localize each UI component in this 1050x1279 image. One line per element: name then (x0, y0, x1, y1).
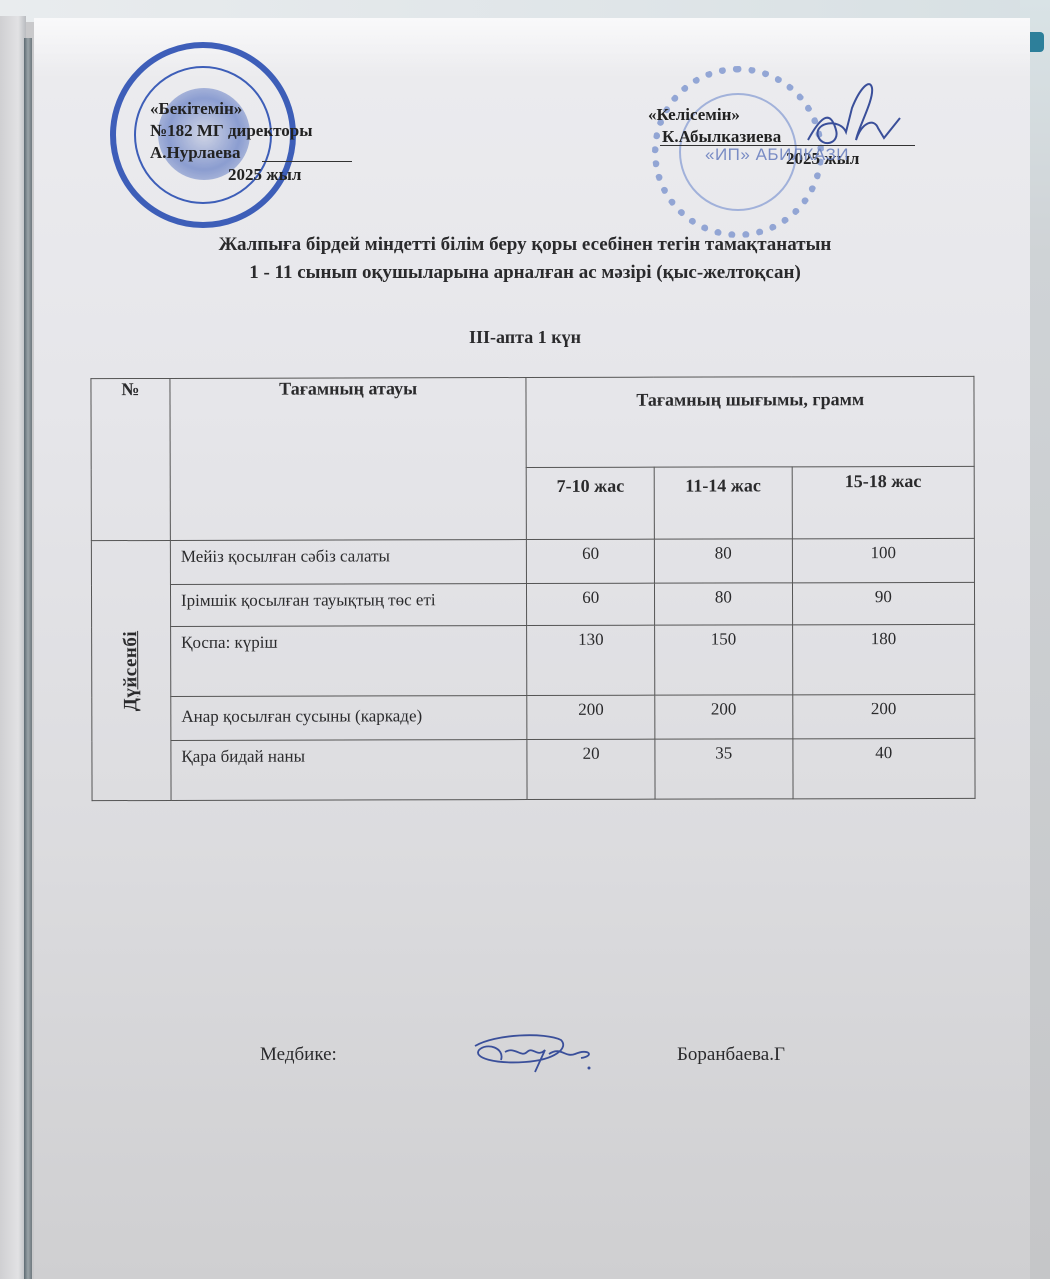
value-11-14: 150 (655, 625, 793, 695)
binder-edge (24, 38, 32, 1279)
table-row: Анар қосылған сусыны (каркаде) 200 200 2… (92, 694, 975, 740)
value-7-10: 60 (527, 539, 655, 583)
dish-name: Қара бидай наны (171, 740, 528, 801)
approval-left-label: «Бекітемін» (150, 98, 313, 120)
value-15-18: 100 (792, 538, 974, 582)
table-row: Ірімшік қосылған тауықтың төс еті 60 80 … (91, 582, 974, 626)
value-7-10: 130 (527, 625, 655, 695)
table-row: Қоспа: күріш 130 150 180 (92, 624, 975, 696)
dish-name: Қоспа: күріш (171, 626, 528, 697)
value-11-14: 80 (654, 539, 792, 583)
document-title-line2: 1 - 11 сынып оқушыларына арналған ас мәз… (0, 262, 1050, 284)
dish-name: Мейіз қосылған сәбіз салаты (170, 540, 527, 585)
nurse-role-label: Медбике: (260, 1044, 337, 1066)
adjacent-sheet (0, 16, 26, 1279)
header-dish-name: Тағамның атауы (170, 378, 527, 541)
day-label: Дүйсенбі (120, 630, 142, 710)
table-row: Дүйсенбі Мейіз қосылған сәбіз салаты 60 … (91, 538, 974, 584)
value-11-14: 35 (655, 739, 793, 799)
value-7-10: 60 (527, 583, 655, 625)
approval-left-position: №182 МГ директоры (150, 120, 313, 142)
menu-table: № Тағамның атауы Тағамның шығымы, грамм … (90, 376, 975, 801)
value-15-18: 90 (792, 582, 974, 624)
table-row: Қара бидай наны 20 35 40 (92, 738, 975, 800)
nurse-name: Боранбаева.Г (677, 1044, 785, 1066)
value-11-14: 80 (654, 583, 792, 625)
approval-block-left: «Бекітемін» №182 МГ директоры А.Нурлаева… (150, 98, 313, 186)
signature-director (800, 78, 910, 158)
value-11-14: 200 (655, 695, 793, 739)
value-15-18: 200 (792, 694, 974, 738)
approval-left-underline (262, 161, 352, 162)
value-7-10: 20 (527, 739, 655, 799)
value-7-10: 200 (527, 695, 655, 739)
dish-name: Ірімшік қосылған тауықтың төс еті (170, 584, 527, 627)
document-title-line1: Жалпыға бірдей міндетті білім беру қоры … (0, 234, 1050, 256)
dish-name: Анар қосылған сусыны (каркаде) (171, 696, 528, 741)
header-output-group: Тағамның шығымы, грамм (526, 376, 974, 467)
value-15-18: 180 (792, 624, 974, 694)
header-age-15-18: 15-18 жас (792, 466, 975, 538)
signature-nurse (465, 1028, 605, 1078)
value-15-18: 40 (793, 738, 975, 798)
header-age-11-14: 11-14 жас (654, 467, 792, 539)
document-subtitle: ІІІ-апта 1 күн (0, 327, 1050, 348)
header-age-7-10: 7-10 жас (527, 467, 655, 539)
approval-left-date: 2025 жыл (150, 164, 313, 186)
day-cell: Дүйсенбі (91, 540, 171, 800)
header-number: № (91, 378, 170, 540)
